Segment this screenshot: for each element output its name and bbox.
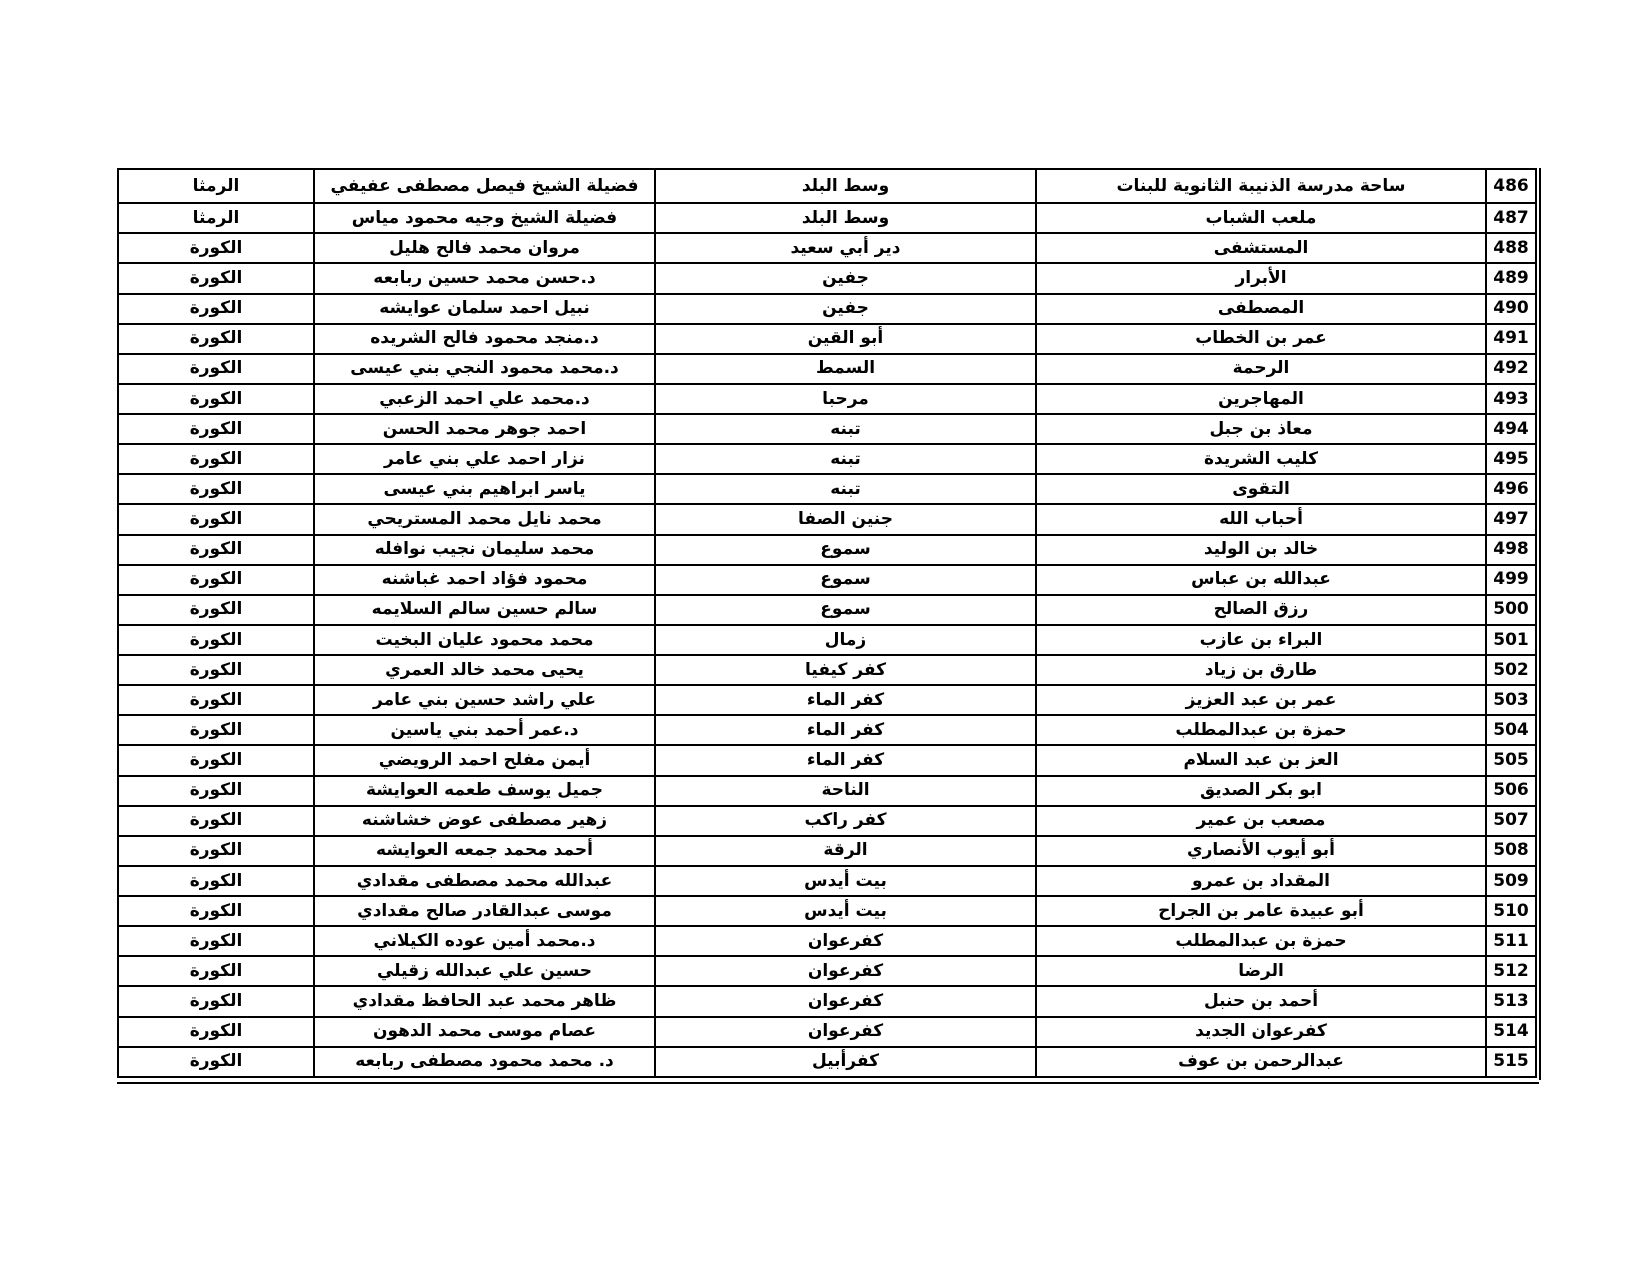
region-cell: الرمثا [118,203,314,233]
row-number-cell: 492 [1486,354,1536,384]
imam-name-cell: محمد سليمان نجيب نوافله [314,535,655,565]
region-cell: الرمثا [118,169,314,203]
location-cell: الناحة [655,776,1036,806]
mosque-name-cell: المهاجرين [1036,384,1486,414]
row-number-cell: 506 [1486,776,1536,806]
imam-name-cell: محمود فؤاد احمد غباشنه [314,565,655,595]
row-number-cell: 494 [1486,414,1536,444]
region-cell: الكورة [118,233,314,263]
imam-name-cell: نبيل احمد سلمان عوايشه [314,294,655,324]
imam-name-cell: أيمن مفلح احمد الرويضي [314,745,655,775]
mosque-name-cell: ملعب الشباب [1036,203,1486,233]
imam-name-cell: د.حسن محمد حسين ربابعه [314,263,655,293]
table-body: 486ساحة مدرسة الذنيبة الثانوية للبناتوسط… [118,169,1536,1077]
row-number-cell: 512 [1486,956,1536,986]
mosque-name-cell: عبدالله بن عباس [1036,565,1486,595]
mosque-name-cell: المستشفى [1036,233,1486,263]
region-cell: الكورة [118,294,314,324]
imam-name-cell: سالم حسين سالم السلايمه [314,595,655,625]
location-cell: تبنه [655,474,1036,504]
imam-name-cell: د.عمر أحمد بني ياسين [314,715,655,745]
table-row: 513أحمد بن حنبلكفرعوانظاهر محمد عبد الحا… [118,986,1536,1016]
region-cell: الكورة [118,444,314,474]
table-row: 491عمر بن الخطابأبو القيند.منجد محمود فا… [118,324,1536,354]
mosque-name-cell: ابو بكر الصديق [1036,776,1486,806]
imam-name-cell: موسى عبدالقادر صالح مقدادي [314,896,655,926]
table-row: 488المستشفىدير أبي سعيدمروان محمد فالح ه… [118,233,1536,263]
location-cell: سموع [655,595,1036,625]
mosque-name-cell: كليب الشريدة [1036,444,1486,474]
mosque-name-cell: أحمد بن حنبل [1036,986,1486,1016]
row-number-cell: 486 [1486,169,1536,203]
region-cell: الكورة [118,384,314,414]
mosque-name-cell: ساحة مدرسة الذنيبة الثانوية للبنات [1036,169,1486,203]
region-cell: الكورة [118,956,314,986]
location-cell: بيت أيدس [655,896,1036,926]
region-cell: الكورة [118,745,314,775]
location-cell: كفر كيفيا [655,655,1036,685]
region-cell: الكورة [118,504,314,534]
mosque-name-cell: أبو أيوب الأنصاري [1036,836,1486,866]
row-number-cell: 510 [1486,896,1536,926]
region-cell: الكورة [118,806,314,836]
mosque-name-cell: التقوى [1036,474,1486,504]
location-cell: كفر الماء [655,685,1036,715]
region-cell: الكورة [118,1047,314,1077]
location-cell: كفرعوان [655,956,1036,986]
region-cell: الكورة [118,685,314,715]
table-outer-bottom-border-line [117,1082,1539,1084]
table-row: 514كفرعوان الجديدكفرعوانعصام موسى محمد ا… [118,1017,1536,1047]
imam-name-cell: ياسر ابراهيم بني عيسى [314,474,655,504]
row-number-cell: 514 [1486,1017,1536,1047]
imam-name-cell: أحمد محمد جمعه العوايشه [314,836,655,866]
imam-name-cell: زهير مصطفى عوض خشاشنه [314,806,655,836]
imam-name-cell: د.محمد محمود النجي بني عيسى [314,354,655,384]
location-cell: مرحبا [655,384,1036,414]
region-cell: الكورة [118,474,314,504]
row-number-cell: 493 [1486,384,1536,414]
region-cell: الكورة [118,1017,314,1047]
table-row: 494معاذ بن جبلتبنهاحمد جوهر محمد الحسنال… [118,414,1536,444]
region-cell: الكورة [118,263,314,293]
region-cell: الكورة [118,896,314,926]
row-number-cell: 515 [1486,1047,1536,1077]
mosque-name-cell: عمر بن الخطاب [1036,324,1486,354]
location-cell: وسط البلد [655,203,1036,233]
location-cell: بيت أيدس [655,866,1036,896]
table-row: 506ابو بكر الصديقالناحةجميل يوسف طعمه ال… [118,776,1536,806]
row-number-cell: 509 [1486,866,1536,896]
imam-name-cell: د.محمد علي احمد الزعبي [314,384,655,414]
table-row: 509المقداد بن عمروبيت أيدسعبدالله محمد م… [118,866,1536,896]
mosque-name-cell: خالد بن الوليد [1036,535,1486,565]
location-cell: زمال [655,625,1036,655]
row-number-cell: 500 [1486,595,1536,625]
region-cell: الكورة [118,535,314,565]
region-cell: الكورة [118,866,314,896]
table-row: 496التقوىتبنهياسر ابراهيم بني عيسىالكورة [118,474,1536,504]
table-row: 505العز بن عبد السلامكفر الماءأيمن مفلح … [118,745,1536,775]
location-cell: سموع [655,535,1036,565]
region-cell: الكورة [118,324,314,354]
region-cell: الكورة [118,414,314,444]
row-number-cell: 504 [1486,715,1536,745]
imam-name-cell: فضيلة الشيخ وجيه محمود مياس [314,203,655,233]
row-number-cell: 511 [1486,926,1536,956]
region-cell: الكورة [118,715,314,745]
row-number-cell: 491 [1486,324,1536,354]
imam-name-cell: عصام موسى محمد الدهون [314,1017,655,1047]
row-number-cell: 507 [1486,806,1536,836]
region-cell: الكورة [118,565,314,595]
mosque-name-cell: رزق الصالح [1036,595,1486,625]
imam-name-cell: نزار احمد علي بني عامر [314,444,655,474]
imam-name-cell: فضيلة الشيخ فيصل مصطفى عفيفي [314,169,655,203]
row-number-cell: 487 [1486,203,1536,233]
mosque-name-cell: عبدالرحمن بن عوف [1036,1047,1486,1077]
table-row: 507مصعب بن عميركفر راكبزهير مصطفى عوض خش… [118,806,1536,836]
mosque-name-cell: المصطفى [1036,294,1486,324]
table-row: 515عبدالرحمن بن عوفكفرأبيلد. محمد محمود … [118,1047,1536,1077]
table-row: 498خالد بن الوليدسموعمحمد سليمان نجيب نو… [118,535,1536,565]
mosque-name-cell: مصعب بن عمير [1036,806,1486,836]
table-row: 490المصطفىجفيننبيل احمد سلمان عوايشهالكو… [118,294,1536,324]
location-cell: الرقة [655,836,1036,866]
row-number-cell: 497 [1486,504,1536,534]
location-cell: أبو القين [655,324,1036,354]
row-number-cell: 495 [1486,444,1536,474]
table-row: 512الرضاكفرعوانحسين علي عبدالله زقيليالك… [118,956,1536,986]
table-row: 504حمزة بن عبدالمطلبكفر الماءد.عمر أحمد … [118,715,1536,745]
row-number-cell: 488 [1486,233,1536,263]
row-number-cell: 496 [1486,474,1536,504]
location-cell: دير أبي سعيد [655,233,1036,263]
mosque-name-cell: أبو عبيدة عامر بن الجراح [1036,896,1486,926]
mosque-name-cell: المقداد بن عمرو [1036,866,1486,896]
table-row: 499عبدالله بن عباسسموعمحمود فؤاد احمد غب… [118,565,1536,595]
location-cell: جنين الصفا [655,504,1036,534]
row-number-cell: 501 [1486,625,1536,655]
mosque-name-cell: معاذ بن جبل [1036,414,1486,444]
mosque-name-cell: الرضا [1036,956,1486,986]
mosque-name-cell: أحباب الله [1036,504,1486,534]
imam-name-cell: محمد محمود عليان البخيت [314,625,655,655]
location-cell: كفرعوان [655,986,1036,1016]
location-cell: السمط [655,354,1036,384]
row-number-cell: 502 [1486,655,1536,685]
location-cell: كفرعوان [655,1017,1036,1047]
location-cell: تبنه [655,444,1036,474]
row-number-cell: 508 [1486,836,1536,866]
location-cell: سموع [655,565,1036,595]
mosque-name-cell: كفرعوان الجديد [1036,1017,1486,1047]
table-row: 497أحباب اللهجنين الصفامحمد نايل محمد ال… [118,504,1536,534]
location-cell: جفين [655,294,1036,324]
mosque-roster-table: 486ساحة مدرسة الذنيبة الثانوية للبناتوسط… [117,168,1537,1078]
imam-name-cell: جميل يوسف طعمه العوايشة [314,776,655,806]
table-row: 502طارق بن زيادكفر كيفيايحيى محمد خالد ا… [118,655,1536,685]
location-cell: كفر الماء [655,715,1036,745]
imam-name-cell: يحيى محمد خالد العمري [314,655,655,685]
imam-name-cell: ظاهر محمد عبد الحافظ مقدادي [314,986,655,1016]
table-row: 508أبو أيوب الأنصاريالرقةأحمد محمد جمعه … [118,836,1536,866]
region-cell: الكورة [118,986,314,1016]
table-row: 511حمزة بن عبدالمطلبكفرعواند.محمد أمين ع… [118,926,1536,956]
table-row: 486ساحة مدرسة الذنيبة الثانوية للبناتوسط… [118,169,1536,203]
table-row: 500رزق الصالحسموعسالم حسين سالم السلايمه… [118,595,1536,625]
row-number-cell: 503 [1486,685,1536,715]
imam-name-cell: د. محمد محمود مصطفى ربابعه [314,1047,655,1077]
table-outer-right-border-line [1539,168,1541,1080]
imam-name-cell: احمد جوهر محمد الحسن [314,414,655,444]
row-number-cell: 490 [1486,294,1536,324]
location-cell: كفر الماء [655,745,1036,775]
mosque-name-cell: الأبرار [1036,263,1486,293]
table-row: 503عمر بن عبد العزيزكفر الماءعلي راشد حس… [118,685,1536,715]
row-number-cell: 489 [1486,263,1536,293]
location-cell: تبنه [655,414,1036,444]
imam-name-cell: حسين علي عبدالله زقيلي [314,956,655,986]
location-cell: كفرأبيل [655,1047,1036,1077]
table-row: 492الرحمةالسمطد.محمد محمود النجي بني عيس… [118,354,1536,384]
region-cell: الكورة [118,625,314,655]
imam-name-cell: د.منجد محمود فالح الشريده [314,324,655,354]
table-row: 501البراء بن عازبزمالمحمد محمود عليان ال… [118,625,1536,655]
region-cell: الكورة [118,836,314,866]
region-cell: الكورة [118,595,314,625]
row-number-cell: 513 [1486,986,1536,1016]
mosque-name-cell: حمزة بن عبدالمطلب [1036,926,1486,956]
region-cell: الكورة [118,776,314,806]
imam-name-cell: محمد نايل محمد المستريحي [314,504,655,534]
row-number-cell: 498 [1486,535,1536,565]
region-cell: الكورة [118,655,314,685]
mosque-name-cell: عمر بن عبد العزيز [1036,685,1486,715]
imam-name-cell: علي راشد حسين بني عامر [314,685,655,715]
region-cell: الكورة [118,926,314,956]
imam-name-cell: د.محمد أمين عوده الكيلاني [314,926,655,956]
location-cell: جفين [655,263,1036,293]
mosque-name-cell: الرحمة [1036,354,1486,384]
row-number-cell: 499 [1486,565,1536,595]
table-row: 487ملعب الشبابوسط البلدفضيلة الشيخ وجيه … [118,203,1536,233]
region-cell: الكورة [118,354,314,384]
location-cell: وسط البلد [655,169,1036,203]
imam-name-cell: عبدالله محمد مصطفى مقدادي [314,866,655,896]
mosque-name-cell: البراء بن عازب [1036,625,1486,655]
imam-name-cell: مروان محمد فالح هليل [314,233,655,263]
row-number-cell: 505 [1486,745,1536,775]
mosque-name-cell: طارق بن زياد [1036,655,1486,685]
mosque-name-cell: حمزة بن عبدالمطلب [1036,715,1486,745]
table-row: 493المهاجرينمرحباد.محمد علي احمد الزعبيا… [118,384,1536,414]
mosque-name-cell: العز بن عبد السلام [1036,745,1486,775]
location-cell: كفرعوان [655,926,1036,956]
table-row: 510أبو عبيدة عامر بن الجراحبيت أيدسموسى … [118,896,1536,926]
table-row: 489الأبرارجفيند.حسن محمد حسين ربابعهالكو… [118,263,1536,293]
document-page: 486ساحة مدرسة الذنيبة الثانوية للبناتوسط… [0,0,1650,1275]
location-cell: كفر راكب [655,806,1036,836]
table-row: 495كليب الشريدةتبنهنزار احمد علي بني عام… [118,444,1536,474]
